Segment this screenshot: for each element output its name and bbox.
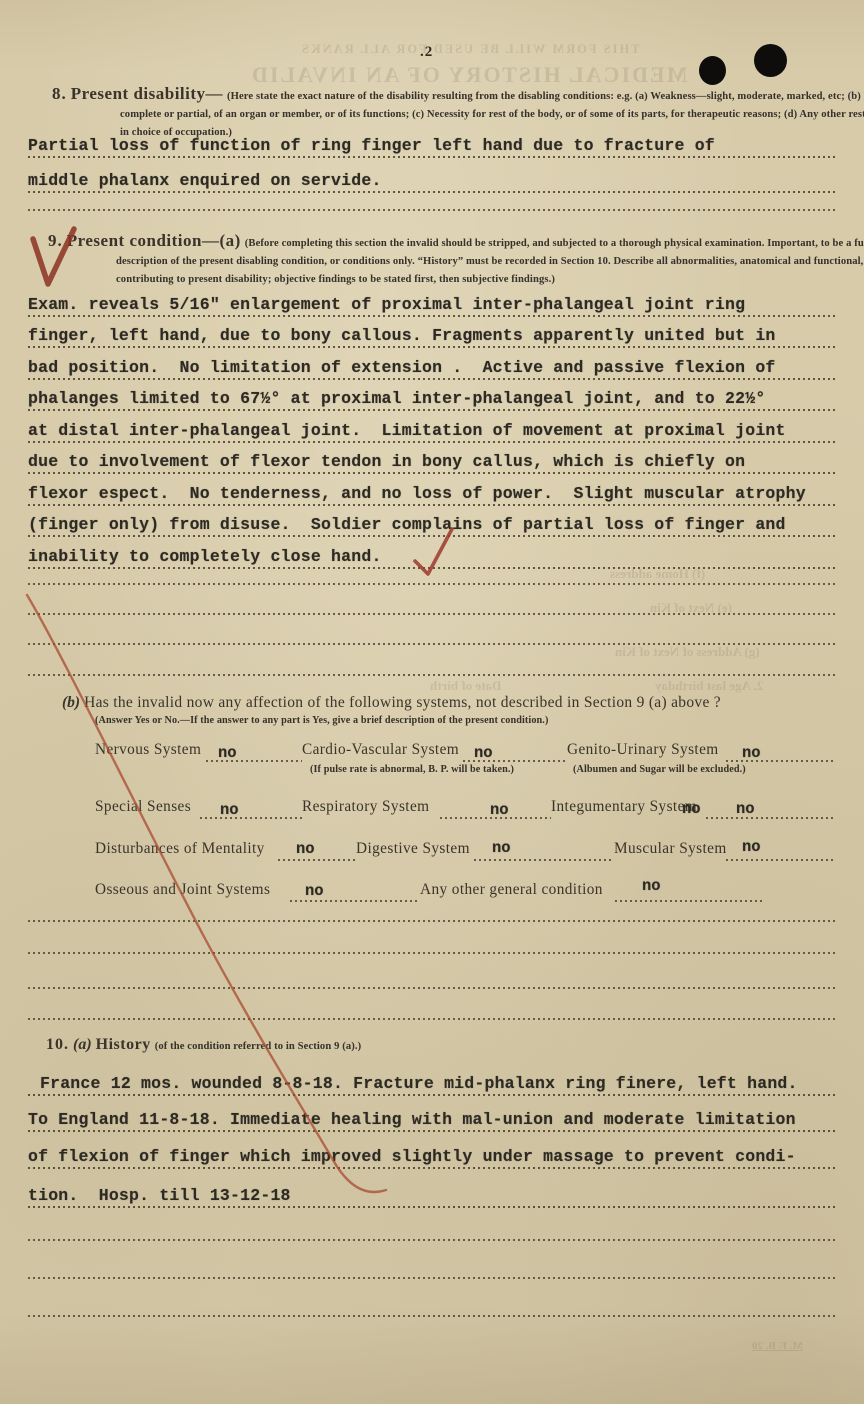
system-label: Genito-Urinary System [567,741,719,759]
system-label: Osseous and Joint Systems [95,881,270,899]
section-10-header: 10. (a) History (of the condition referr… [46,1036,836,1054]
typed-text: Partial loss of function of ring finger … [28,134,836,157]
section-9-number: 9. [48,231,63,250]
dotted-rule [28,1239,836,1241]
system-label: Disturbances of Mentality [95,840,265,858]
section-8-header: 8. Present disability— (Here state the e… [52,84,864,140]
dotted-leader [706,817,836,819]
dotted-rule [28,613,836,615]
section-b-question: Has the invalid now any affection of the… [84,694,721,711]
system-label: Any other general condition [420,881,603,899]
dotted-leader [726,859,836,861]
typed-answer-line: of flexion of finger which improved slig… [28,1145,836,1169]
section-8-number: 8. [52,84,67,103]
typed-text: (finger only) from disuse. Soldier compl… [28,513,836,536]
ghost-text-banner: THIS FORM WILL BE USED FOR ALL RANKS [300,42,640,57]
hole-punch-right [754,44,787,77]
system-answer: no [736,800,755,818]
system-answer: no [742,744,761,762]
system-answer: no [218,744,237,762]
ghost-text-address-kin: (g) Address of Next of Kin [615,644,760,660]
typed-answer-line: tion. Hosp. till 13-12-18 [28,1184,836,1208]
system-label: Integumentary System [551,798,697,816]
typed-answer-line: due to involvement of flexor tendon in b… [28,450,836,474]
dotted-rule [28,920,836,922]
dotted-leader [278,859,356,861]
dotted-rule [28,643,836,645]
typed-answer-line: middle phalanx enquired on servide. [28,169,836,193]
typed-answer-line: flexor espect. No tenderness, and no los… [28,482,836,506]
typed-text: To England 11-8-18. Immediate healing wi… [28,1108,836,1131]
dotted-leader [615,900,765,902]
dotted-rule [28,1018,836,1020]
section-10-sub: (a) [73,1036,92,1053]
section-10-title: History [96,1036,151,1053]
system-answer: no [682,800,701,818]
system-label: Digestive System [356,840,470,858]
system-answer: no [742,838,761,856]
typed-answer-line: To England 11-8-18. Immediate healing wi… [28,1108,836,1132]
system-answer: no [474,744,493,762]
system-label: Cardio-Vascular System [302,741,459,759]
typed-text: France 12 mos. wounded 8-8-18. Fracture … [28,1072,836,1095]
section-9-header: 9. Present condition—(a) (Before complet… [48,231,864,287]
system-label: Respiratory System [302,798,429,816]
dotted-rule [28,583,836,585]
dotted-rule [28,1315,836,1317]
system-caption: (Albumen and Sugar will be excluded.) [573,764,746,775]
dotted-leader [474,859,614,861]
typed-text: tion. Hosp. till 13-12-18 [28,1184,836,1207]
ghost-text-dob: Date of birth [430,678,502,694]
system-label: Muscular System [614,840,727,858]
typed-text: due to involvement of flexor tendon in b… [28,450,836,473]
system-label: Nervous System [95,741,201,759]
typed-text: inability to completely close hand. [28,545,836,568]
typed-answer-line: phalanges limited to 67½° at proximal in… [28,387,836,411]
system-answer: no [305,882,324,900]
typed-text: phalanges limited to 67½° at proximal in… [28,387,836,410]
typed-text: bad position. No limitation of extension… [28,356,836,379]
typed-text: finger, left hand, due to bony callous. … [28,324,836,347]
section-b-header: (b) Has the invalid now any affection of… [62,694,842,712]
system-answer: no [642,877,661,895]
system-answer: no [492,839,511,857]
typed-text: Exam. reveals 5/16" enlargement of proxi… [28,293,836,316]
ghost-text-form-number: M. F. B. 20 [752,1340,803,1352]
typed-answer-line: at distal inter-phalangeal joint. Limita… [28,419,836,443]
system-answer: no [490,801,509,819]
system-caption: (If pulse rate is abnormal, B. P. will b… [310,764,514,775]
typed-text: of flexion of finger which improved slig… [28,1145,836,1168]
dotted-rule [28,987,836,989]
dotted-leader [200,817,302,819]
ghost-text-age: 2. Age last birthday [655,678,763,694]
system-label: Special Senses [95,798,191,816]
section-8-instructions: (Here state the exact nature of the disa… [120,91,864,138]
typed-text: middle phalanx enquired on servide. [28,169,836,192]
section-b-note: (Answer Yes or No.—If the answer to any … [95,715,548,726]
section-10-number: 10. [46,1036,69,1053]
section-8-title: Present disability— [71,84,223,103]
typed-answer-line: bad position. No limitation of extension… [28,356,836,380]
typed-text: at distal inter-phalangeal joint. Limita… [28,419,836,442]
typed-answer-line: finger, left hand, due to bony callous. … [28,324,836,348]
typed-answer-line: France 12 mos. wounded 8-8-18. Fracture … [28,1072,836,1096]
scanned-form-page: THIS FORM WILL BE USED FOR ALL RANKS MED… [0,0,864,1404]
hole-punch-left [699,56,726,85]
dotted-leader [290,900,420,902]
dotted-rule [28,1277,836,1279]
system-answer: no [296,840,315,858]
section-9-title: Present condition—(a) [67,231,241,250]
dotted-rule [28,209,836,211]
typed-answer-line: (finger only) from disuse. Soldier compl… [28,513,836,537]
typed-text: flexor espect. No tenderness, and no los… [28,482,836,505]
dotted-rule [28,952,836,954]
dotted-rule [28,674,836,676]
typed-answer-line: inability to completely close hand. [28,545,836,569]
section-b-label: (b) [62,694,80,711]
typed-answer-line: Exam. reveals 5/16" enlargement of proxi… [28,293,836,317]
section-10-note: (of the condition referred to in Section… [155,1041,362,1052]
typed-answer-line: Partial loss of function of ring finger … [28,134,836,158]
system-answer: no [220,801,239,819]
page-number: .2 [420,44,433,61]
